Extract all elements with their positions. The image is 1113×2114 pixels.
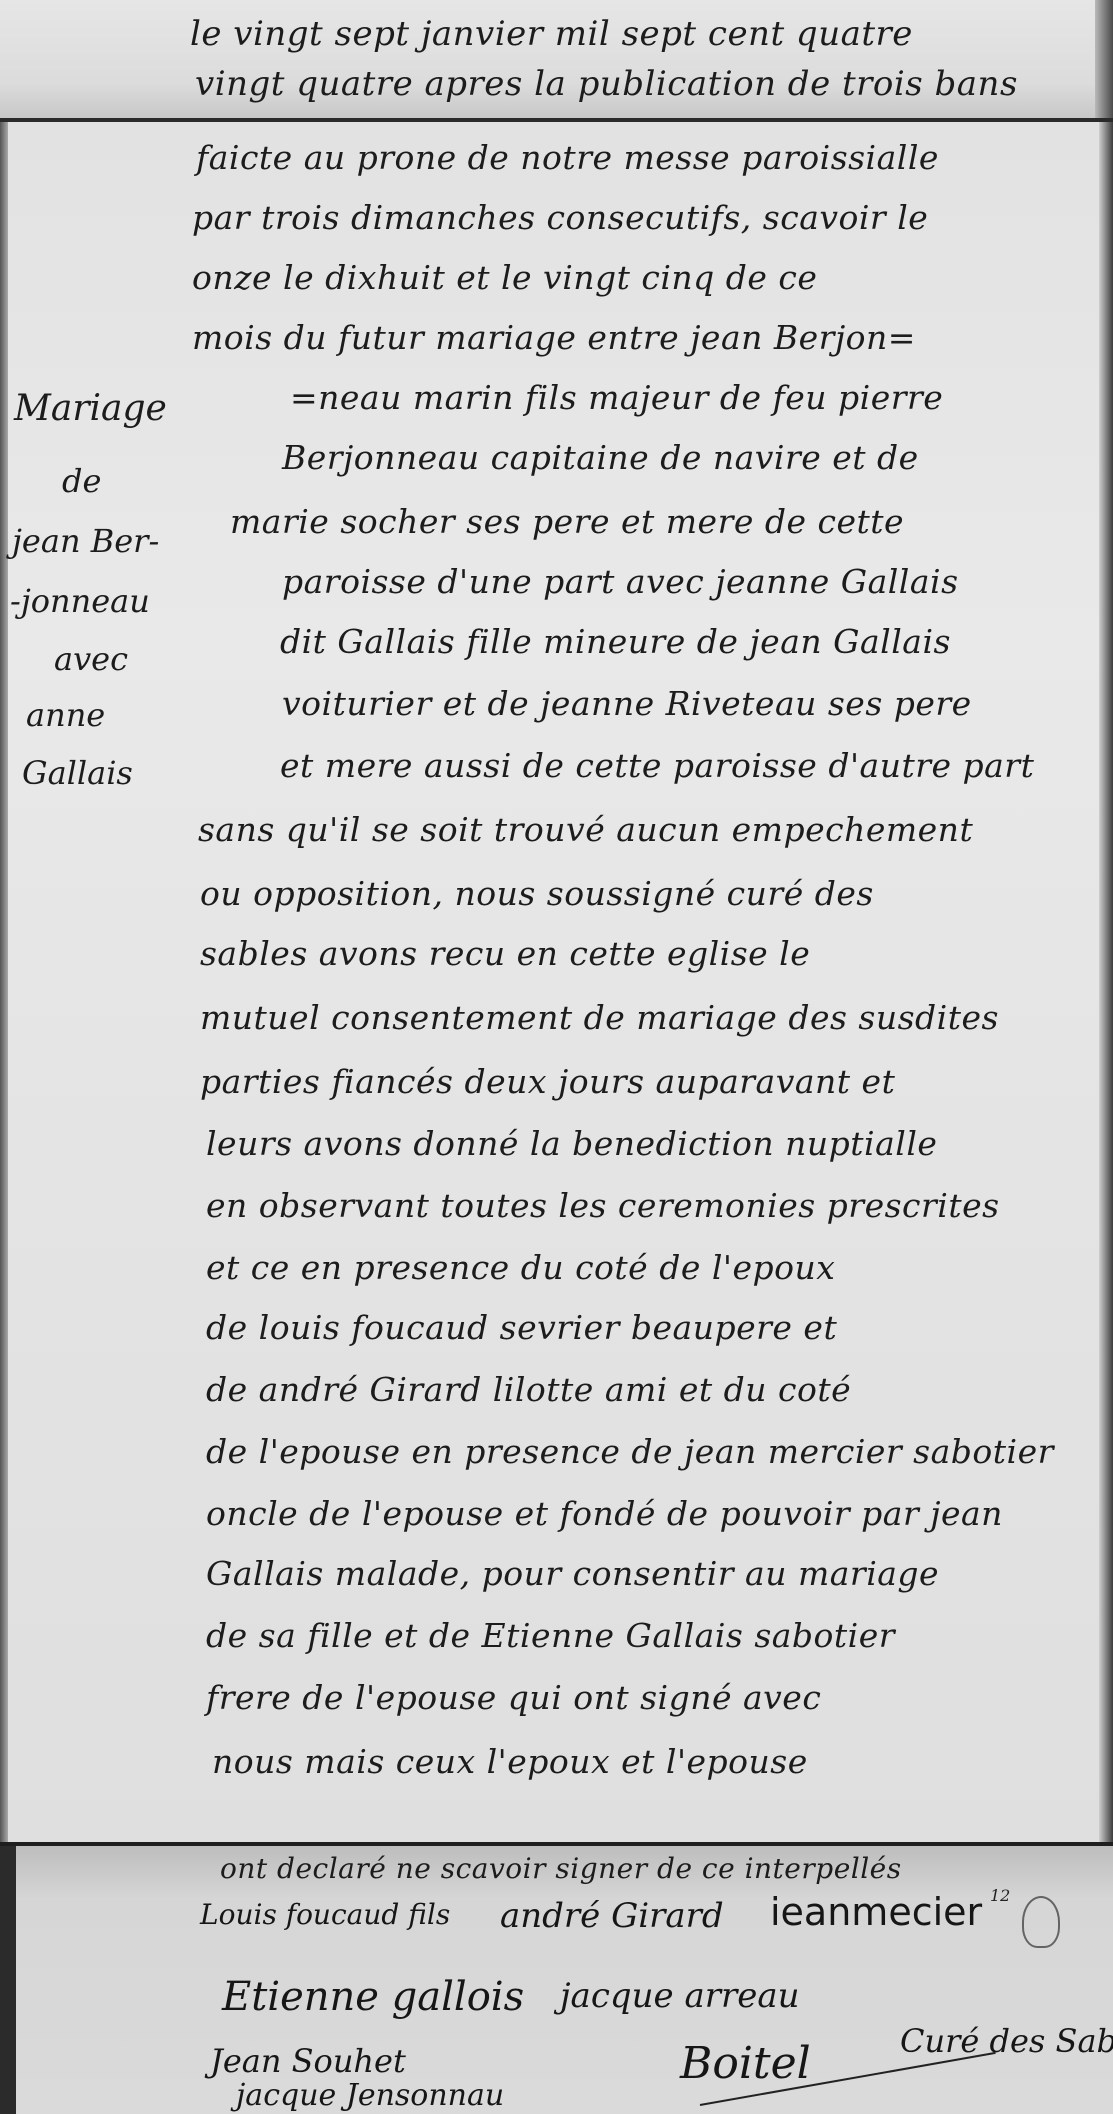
margin-line: anne [26, 696, 105, 734]
main-register-entry: Mariage de jean Ber- -jonneau avec anne … [0, 122, 1113, 1846]
page-edge [1095, 0, 1113, 118]
signature: Boitel [680, 2038, 811, 2089]
margin-line: Mariage [14, 388, 167, 429]
signature: andré Girard [500, 1896, 724, 1936]
text-line: le vingt sept janvier mil sept cent quat… [190, 14, 913, 54]
margin-line: de [62, 462, 101, 500]
text-line: Gallais malade, pour consentir au mariag… [206, 1554, 939, 1593]
text-line: paroisse d'une part avec jeanne Gallais [282, 562, 959, 601]
text-line: sables avons recu en cette eglise le [200, 934, 810, 973]
text-line: nous mais ceux l'epoux et l'epouse [212, 1742, 808, 1781]
margin-line: avec [54, 640, 128, 678]
text-line: leurs avons donné la benediction nuptial… [206, 1124, 937, 1163]
margin-line: -jonneau [10, 582, 150, 620]
signature: Louis foucaud fils [200, 1898, 450, 1931]
text-line: mutuel consentement de mariage des susdi… [200, 998, 999, 1037]
text-line: de andré Girard lilotte ami et du coté [206, 1370, 851, 1409]
signature: Curé des Sables [900, 2022, 1113, 2060]
text-line: frere de l'epouse qui ont signé avec [206, 1678, 821, 1717]
page-edge [1099, 122, 1113, 1842]
text-line: parties fiancés deux jours auparavant et [200, 1062, 895, 1101]
text-line: dit Gallais fille mineure de jean Gallai… [280, 622, 951, 661]
text-line: de sa fille et de Etienne Gallais saboti… [206, 1616, 895, 1655]
text-line: sans qu'il se soit trouvé aucun empechem… [198, 810, 973, 849]
signature-mark-icon [1022, 1896, 1060, 1948]
text-line: marie socher ses pere et mere de cette [230, 502, 904, 541]
page-marker: 12 [990, 1886, 1010, 1905]
signature: jacque arreau [560, 1976, 800, 2016]
text-line: ou opposition, nous soussigné curé des [200, 874, 874, 913]
text-line: en observant toutes les ceremonies presc… [206, 1186, 1000, 1225]
signature: Etienne gallois [222, 1974, 524, 2020]
text-line: faicte au prone de notre messe paroissia… [196, 138, 939, 177]
signatures-section: ont declaré ne scavoir signer de ce inte… [0, 1846, 1113, 2114]
text-line: de l'epouse en presence de jean mercier … [206, 1432, 1054, 1471]
signature: ieanmecier [770, 1890, 982, 1934]
text-line: Berjonneau capitaine de navire et de [282, 438, 919, 477]
text-line: vingt quatre apres la publication de tro… [195, 64, 1018, 104]
text-line: de louis foucaud sevrier beaupere et [206, 1308, 837, 1347]
page-edge [0, 1846, 16, 2114]
text-line: mois du futur mariage entre jean Berjon= [192, 318, 916, 357]
text-line: =neau marin fils majeur de feu pierre [290, 378, 943, 417]
text-line: et ce en presence du coté de l'epoux [206, 1248, 835, 1287]
text-line: et mere aussi de cette paroisse d'autre … [280, 746, 1034, 785]
top-page-fragment: le vingt sept janvier mil sept cent quat… [0, 0, 1113, 122]
text-line: voiturier et de jeanne Riveteau ses pere [282, 684, 972, 723]
margin-line: Gallais [22, 754, 133, 792]
text-line: oncle de l'epouse et fondé de pouvoir pa… [206, 1494, 1003, 1533]
signature: Jean Souhet [210, 2042, 406, 2080]
closing-line: ont declaré ne scavoir signer de ce inte… [220, 1852, 902, 1885]
page-edge [0, 122, 8, 1842]
margin-line: jean Ber- [12, 522, 159, 560]
text-line: par trois dimanches consecutifs, scavoir… [192, 198, 928, 237]
signature: jacque Jensonnau [236, 2078, 504, 2113]
text-line: onze le dixhuit et le vingt cinq de ce [192, 258, 817, 297]
